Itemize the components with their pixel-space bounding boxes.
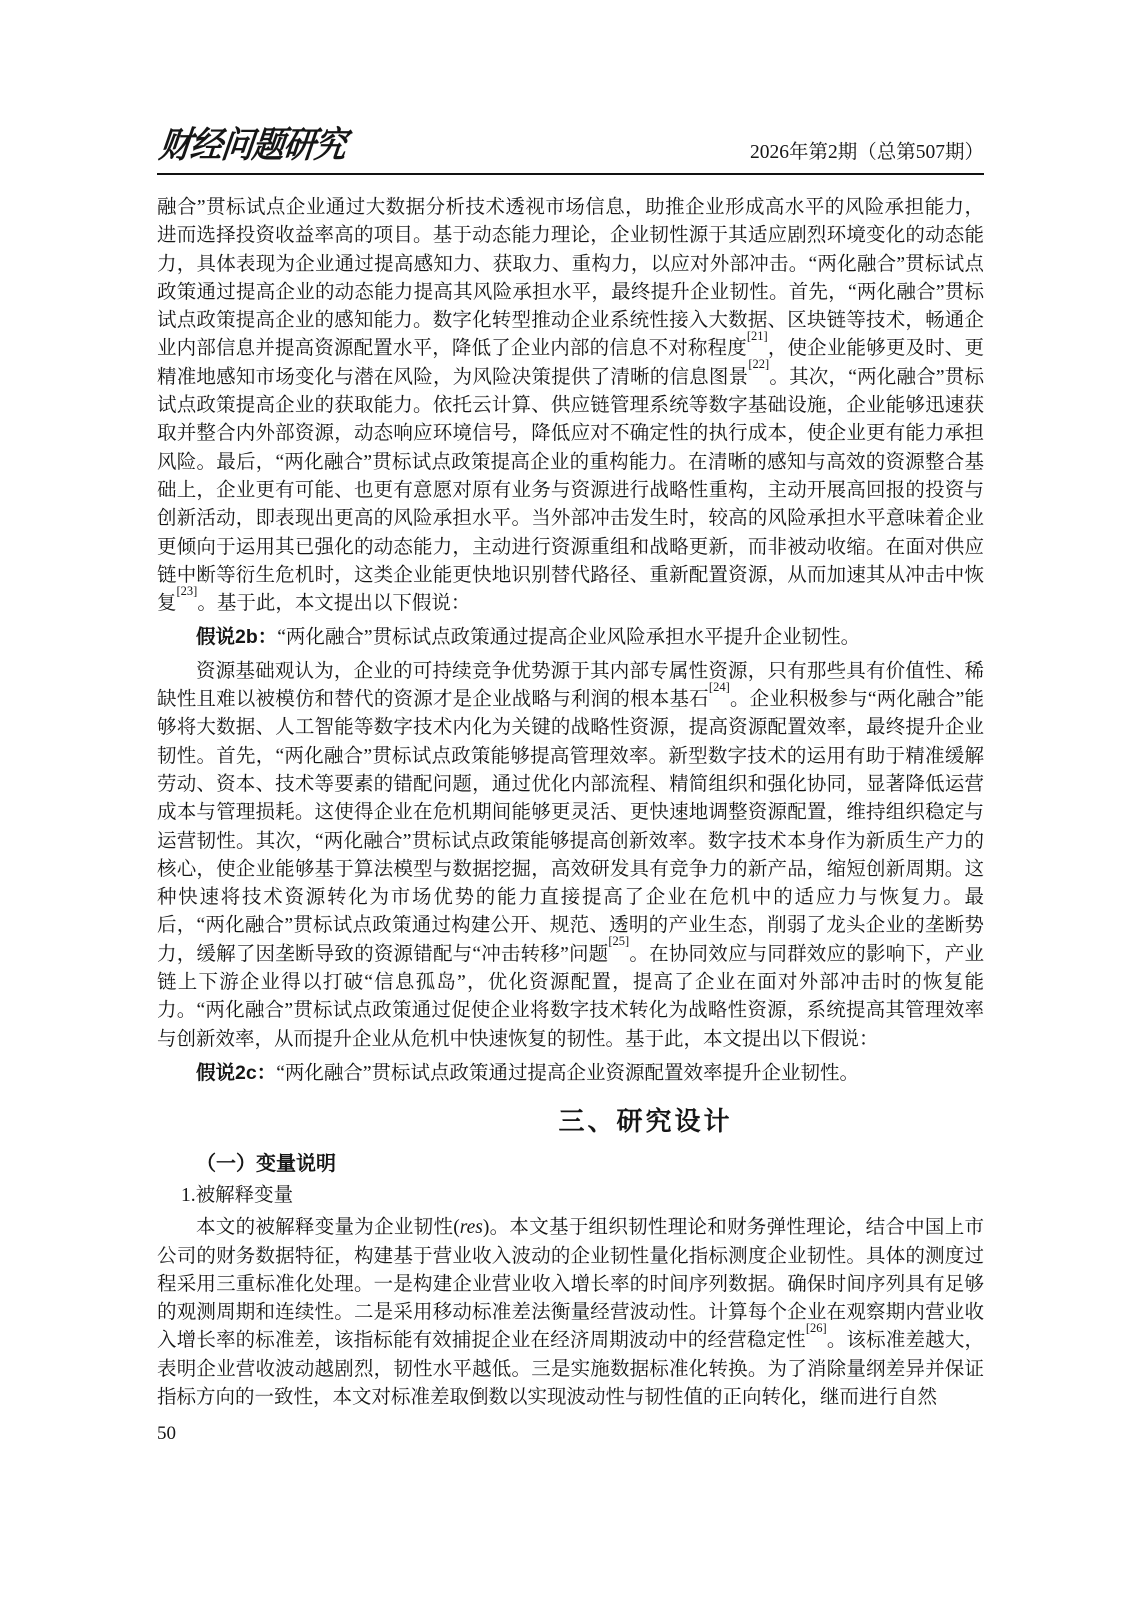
issue-info: 2026年第2期（总第507期） bbox=[750, 140, 984, 166]
text-run: “两化融合”贯标试点政策通过提高企业风险承担水平提升企业韧性。 bbox=[277, 627, 860, 648]
subsection-heading: （一）变量说明 bbox=[157, 1151, 984, 1177]
text-run: 融合”贯标试点企业通过大数据分析技术透视市场信息，助推企业形成高水平的风险承担能… bbox=[157, 197, 984, 359]
text-run: 。其次，“两化融合”贯标试点政策提高企业的获取能力。依托云计算、供应链管理系统等… bbox=[157, 367, 984, 614]
citation-ref: [22] bbox=[748, 357, 769, 371]
article-body: 融合”贯标试点企业通过大数据分析技术透视市场信息，助推企业形成高水平的风险承担能… bbox=[157, 175, 984, 1412]
text-run: “两化融合”贯标试点政策通过提高企业资源配置效率提升企业韧性。 bbox=[276, 1063, 859, 1084]
citation-ref: [24] bbox=[709, 680, 730, 694]
citation-ref: [25] bbox=[608, 934, 629, 948]
hypothesis: 假说2c：“两化融合”贯标试点政策通过提高企业资源配置效率提升企业韧性。 bbox=[157, 1059, 984, 1088]
citation-ref: [21] bbox=[747, 329, 768, 343]
subsubsection-heading: 1.被解释变量 bbox=[157, 1183, 984, 1209]
paragraph: 本文的被解释变量为企业韧性(res)。本文基于组织韧性理论和财务弹性理论，结合中… bbox=[157, 1214, 984, 1412]
text-run: 。基于此，本文提出以下假说： bbox=[197, 593, 470, 614]
journal-logo: 财经问题研究 bbox=[157, 123, 348, 166]
text-run: 。企业积极参与“两化融合”能够将大数据、人工智能等数字技术内化为关键的战略性资源… bbox=[157, 689, 984, 965]
citation-ref: [23] bbox=[177, 584, 198, 598]
page-number: 50 bbox=[157, 1423, 176, 1445]
hypothesis-label: 假说2b： bbox=[196, 626, 277, 648]
hypothesis: 假说2b：“两化融合”贯标试点政策通过提高企业风险承担水平提升企业韧性。 bbox=[157, 623, 984, 652]
paragraph: 融合”贯标试点企业通过大数据分析技术透视市场信息，助推企业形成高水平的风险承担能… bbox=[157, 194, 984, 618]
section-heading: 三、研究设计 bbox=[157, 1105, 984, 1137]
hypothesis-label: 假说2c： bbox=[196, 1062, 276, 1084]
page-header: 财经问题研究 2026年第2期（总第507期） bbox=[157, 0, 984, 175]
italic-term: res bbox=[460, 1217, 483, 1238]
journal-page: 财经问题研究 2026年第2期（总第507期） 融合”贯标试点企业通过大数据分析… bbox=[0, 0, 1140, 1600]
citation-ref: [26] bbox=[806, 1321, 827, 1335]
text-run: 本文的被解释变量为企业韧性( bbox=[196, 1217, 460, 1238]
paragraph: 资源基础观认为，企业的可持续竞争优势源于其内部专属性资源，只有那些具有价值性、稀… bbox=[157, 658, 984, 1054]
page-content: 财经问题研究 2026年第2期（总第507期） 融合”贯标试点企业通过大数据分析… bbox=[157, 0, 984, 1412]
